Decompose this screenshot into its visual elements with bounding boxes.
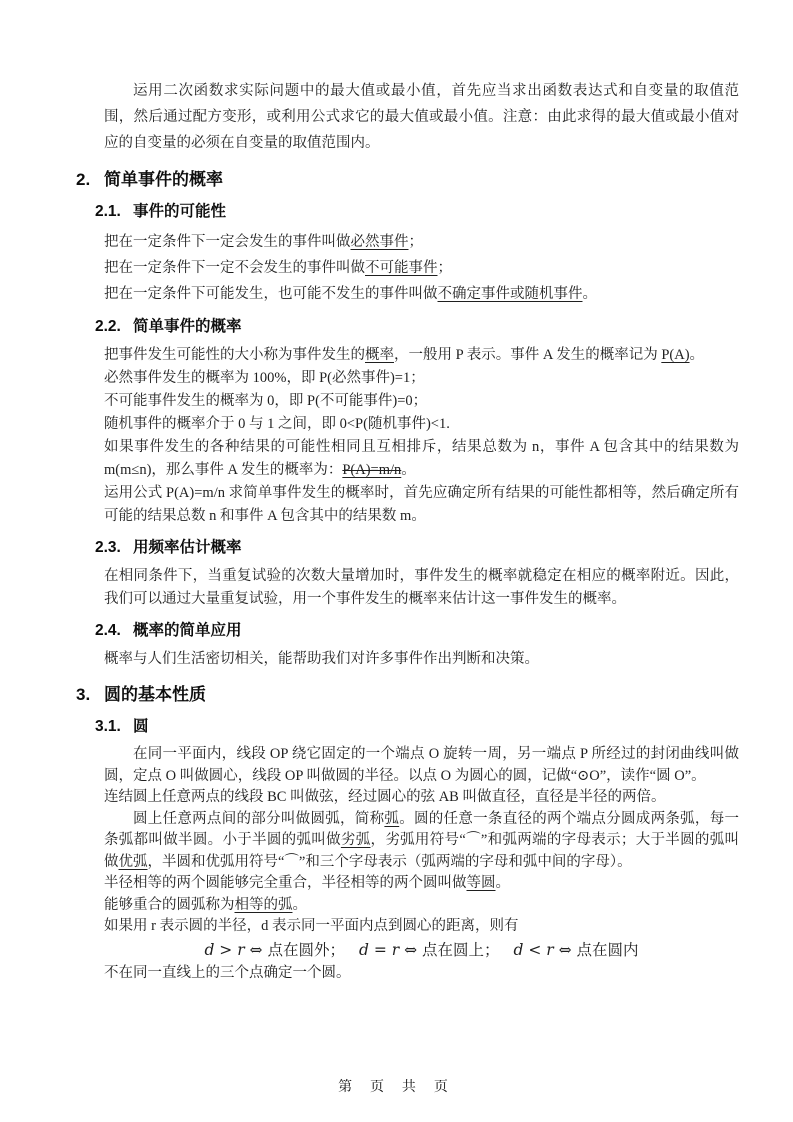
paragraph: 概率与人们生活密切相关，能帮助我们对许多事件作出判断和决策。: [104, 648, 739, 671]
underlined-term: 不可能事件: [365, 260, 438, 276]
paragraph: 把在一定条件下可能发生，也可能不发生的事件叫做不确定事件或随机事件。: [104, 281, 739, 307]
text-run: 概率与人们生活密切相关，能帮助我们对许多事件作出判断和决策。: [104, 651, 539, 667]
text-run: 点在圆内: [577, 942, 639, 959]
heading-2-1: 2.1. 事件的可能性: [95, 201, 739, 223]
text-run: 如果事件发生的各种结果的可能性相同且互相排斥，结果总数为 n，事件 A 包含其中…: [104, 439, 739, 478]
heading-2-2: 2.2. 简单事件的概率: [95, 316, 739, 338]
text-run: 。: [496, 875, 511, 891]
underlined-term: P(A)=m/n: [342, 462, 401, 478]
heading-number: 3.: [76, 683, 104, 707]
formula-line: d > r ⇔ 点在圆外；d = r ⇔ 点在圆上；d < r ⇔ 点在圆内: [104, 938, 739, 963]
paragraph: 不可能事件发生的概率为 0，即 P(不可能事件)=0；: [104, 390, 739, 413]
heading-number: 2.3.: [95, 537, 133, 559]
underlined-term: 劣弧: [341, 832, 371, 848]
paragraph: 把事件发生可能性的大小称为事件发生的概率，一般用 P 表示。事件 A 发生的概率…: [104, 344, 739, 367]
paragraph: 随机事件的概率介于 0 与 1 之间，即 0<P(随机事件)<1.: [104, 413, 739, 436]
text-run: ；: [438, 260, 453, 276]
heading-title: 事件的可能性: [133, 201, 226, 223]
underlined-term: P(A): [661, 347, 689, 363]
text-run: 运用二次函数求实际问题中的最大值或最小值，首先应当求出函数表达式和自变量的取值范…: [104, 83, 739, 151]
text-run: 运用公式 P(A)=m/n 求简单事件发生的概率时，首先应确定所有结果的可能性都…: [104, 485, 739, 524]
heading-2-4: 2.4. 概率的简单应用: [95, 620, 739, 642]
text-run: 在同一平面内，线段 OP 绕它固定的一个端点 O 旋转一周，另一端点 P 所经过…: [104, 746, 739, 784]
math-expression: d = r ⇔: [359, 941, 422, 959]
text-run: 连结圆上任意两点的线段 BC 叫做弦，经过圆心的弦 AB 叫做直径，直径是半径的…: [104, 789, 665, 805]
text-run: 。: [293, 897, 308, 913]
text-run: 。: [401, 462, 416, 478]
text-run: 。: [583, 286, 598, 302]
text-run: ；: [409, 234, 424, 250]
text-run: 把在一定条件下可能发生，也可能不发生的事件叫做: [104, 286, 438, 302]
intro-paragraph: 运用二次函数求实际问题中的最大值或最小值，首先应当求出函数表达式和自变量的取值范…: [104, 78, 739, 156]
paragraph: 在同一平面内，线段 OP 绕它固定的一个端点 O 旋转一周，另一端点 P 所经过…: [104, 744, 739, 787]
heading-number: 2.2.: [95, 316, 133, 338]
text-run: 点在圆上；: [422, 942, 500, 959]
paragraph: 圆上任意两点间的部分叫做圆弧，简称弧。圆的任意一条直径的两个端点分圆成两条弧，每…: [104, 809, 739, 874]
paragraph: 能够重合的圆弧称为相等的弧。: [104, 895, 739, 917]
text-run: 。: [690, 347, 705, 363]
paragraph: 半径相等的两个圆能够完全重合，半径相等的两个圆叫做等圆。: [104, 873, 739, 895]
paragraph: 如果用 r 表示圆的半径，d 表示同一平面内点到圆心的距离，则有: [104, 916, 739, 938]
paragraph: 连结圆上任意两点的线段 BC 叫做弦，经过圆心的弦 AB 叫做直径，直径是半径的…: [104, 787, 739, 809]
text-run: 点在圆外；: [267, 942, 345, 959]
text-run: 半径相等的两个圆能够完全重合，半径相等的两个圆叫做: [104, 875, 467, 891]
heading-number: 2.4.: [95, 620, 133, 642]
underlined-term: 优弧: [119, 854, 148, 870]
underlined-term: 弧: [384, 811, 399, 827]
paragraph: 必然事件发生的概率为 100%，即 P(必然事件)=1；: [104, 367, 739, 390]
underlined-term: 必然事件: [351, 234, 409, 250]
text-run: 能够重合的圆弧称为: [104, 897, 235, 913]
math-expression: d > r ⇔: [204, 941, 267, 959]
text-run: 把在一定条件下一定不会发生的事件叫做: [104, 260, 365, 276]
text-run: 把事件发生可能性的大小称为事件发生的: [104, 347, 365, 363]
heading-title: 简单事件的概率: [133, 316, 242, 338]
underlined-term: 等圆: [467, 875, 496, 891]
document-page: 运用二次函数求实际问题中的最大值或最小值，首先应当求出函数表达式和自变量的取值范…: [0, 0, 793, 1122]
heading-2-3: 2.3. 用频率估计概率: [95, 537, 739, 559]
heading-3: 3. 圆的基本性质: [76, 683, 739, 707]
text-run: 在相同条件下，当重复试验的次数大量增加时，事件发生的概率就稳定在相应的概率附近。…: [104, 568, 739, 607]
heading-3-1: 3.1. 圆: [95, 716, 739, 738]
page-footer: 第 页 共 页: [0, 1076, 793, 1096]
paragraph: 在相同条件下，当重复试验的次数大量增加时，事件发生的概率就稳定在相应的概率附近。…: [104, 565, 739, 611]
heading-2: 2. 简单事件的概率: [76, 168, 739, 192]
paragraph: 把在一定条件下一定会发生的事件叫做必然事件；: [104, 229, 739, 255]
heading-number: 2.1.: [95, 201, 133, 223]
math-expression: d < r ⇔: [514, 941, 577, 959]
heading-title: 圆: [133, 716, 149, 738]
text-run: 如果用 r 表示圆的半径，d 表示同一平面内点到圆心的距离，则有: [104, 918, 518, 934]
paragraph: 不在同一直线上的三个点确定一个圆。: [104, 963, 739, 985]
paragraph: 把在一定条件下一定不会发生的事件叫做不可能事件；: [104, 255, 739, 281]
footer-text: 第 页 共 页: [338, 1078, 455, 1094]
heading-title: 概率的简单应用: [133, 620, 242, 642]
heading-number: 2.: [76, 168, 104, 192]
heading-title: 简单事件的概率: [104, 168, 223, 192]
heading-number: 3.1.: [95, 716, 133, 738]
underlined-term: 相等的弧: [235, 897, 293, 913]
text-run: 不在同一直线上的三个点确定一个圆。: [104, 965, 351, 981]
heading-title: 圆的基本性质: [104, 683, 206, 707]
paragraph: 运用公式 P(A)=m/n 求简单事件发生的概率时，首先应确定所有结果的可能性都…: [104, 482, 739, 528]
text-run: 必然事件发生的概率为 100%，即 P(必然事件)=1；: [104, 370, 425, 386]
text-run: ，半圆和优弧用符号“⌒”和三个字母表示（弧两端的字母和弧中间的字母）。: [148, 854, 632, 870]
text-run: 随机事件的概率介于 0 与 1 之间，即 0<P(随机事件)<1.: [104, 416, 450, 432]
text-run: 不可能事件发生的概率为 0，即 P(不可能事件)=0；: [104, 393, 427, 409]
heading-title: 用频率估计概率: [133, 537, 242, 559]
text-run: ，一般用 P 表示。事件 A 发生的概率记为: [394, 347, 661, 363]
text-run: 把在一定条件下一定会发生的事件叫做: [104, 234, 351, 250]
paragraph: 如果事件发生的各种结果的可能性相同且互相排斥，结果总数为 n，事件 A 包含其中…: [104, 436, 739, 482]
text-run: 圆上任意两点间的部分叫做圆弧，简称: [133, 811, 384, 827]
underlined-term: 概率: [365, 347, 394, 363]
underlined-term: 不确定事件或随机事件: [438, 286, 583, 302]
